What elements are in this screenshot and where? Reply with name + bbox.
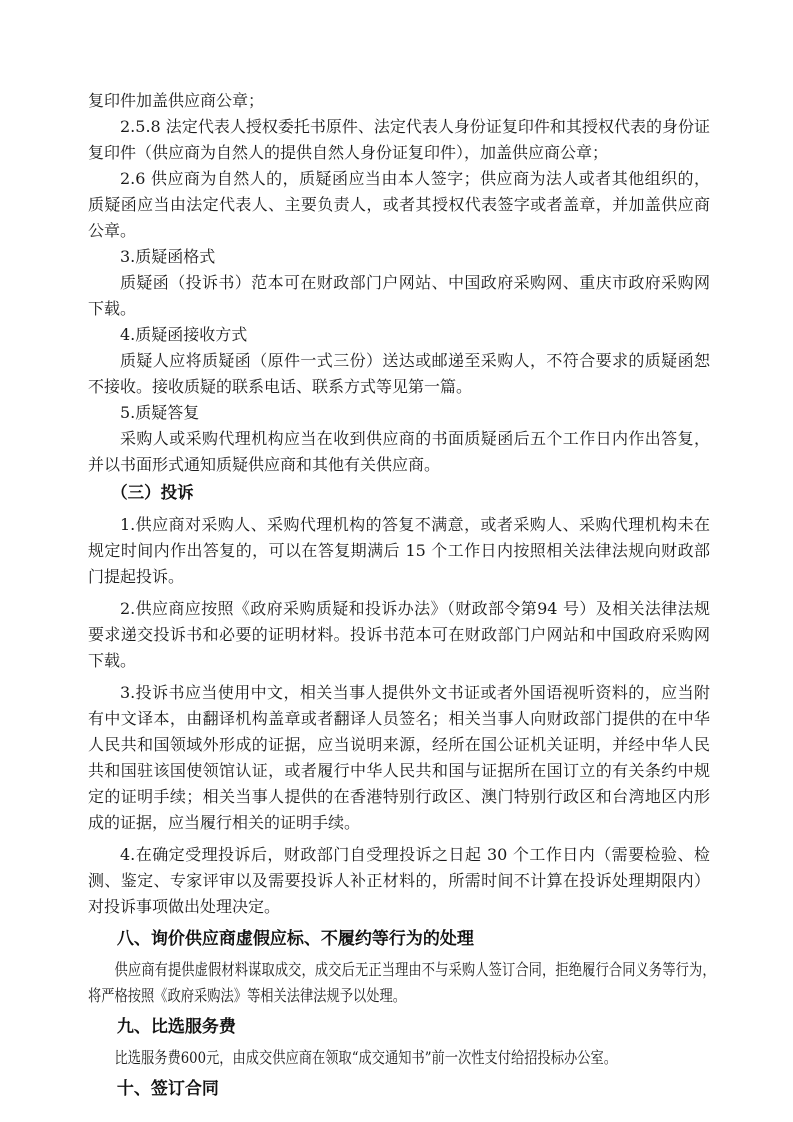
section-heading: 十、签订合同 [88, 1076, 710, 1102]
paragraph: 供应商有提供虚假材料谋取成交，成交后无正当理由不与采购人签订合同，拒绝履行合同义… [88, 957, 716, 1009]
paragraph: 1.供应商对采购人、采购代理机构的答复不满意，或者采购人、采购代理机构未在规定时… [88, 512, 710, 590]
paragraph: 5.质疑答复 [88, 400, 710, 426]
section-heading: 八、询价供应商虚假应标、不履约等行为的处理 [88, 926, 710, 952]
paragraph: 4.质疑函接收方式 [88, 322, 710, 348]
paragraph: 采购人或采购代理机构应当在收到供应商的书面质疑函后五个工作日内作出答复，并以书面… [88, 426, 710, 478]
paragraph: 质疑函（投诉书）范本可在财政部门户网站、中国政府采购网、重庆市政府采购网下载。 [88, 270, 710, 322]
paragraph: 2.供应商应按照《政府采购质疑和投诉办法》（财政部令第94 号）及相关法律法规要… [88, 596, 710, 674]
document-content: 复印件加盖供应商公章；2.5.8 法定代表人授权委托书原件、法定代表人身份证复印… [88, 88, 710, 1102]
paragraph: 比选服务费600元，由成交供应商在领取“成交通知书”前一次性支付给招投标办公室。 [88, 1045, 716, 1071]
paragraph: 2.5.8 法定代表人授权委托书原件、法定代表人身份证复印件和其授权代表的身份证… [88, 114, 710, 166]
section-heading: （三）投诉 [88, 480, 710, 506]
section-heading: 九、比选服务费 [88, 1014, 710, 1040]
paragraph: 3.投诉书应当使用中文，相关当事人提供外文书证或者外国语视听资料的，应当附有中文… [88, 680, 710, 836]
paragraph: 3.质疑函格式 [88, 244, 710, 270]
paragraph: 4.在确定受理投诉后，财政部门自受理投诉之日起 30 个工作日内（需要检验、检测… [88, 842, 710, 920]
paragraph: 质疑人应将质疑函（原件一式三份）送达或邮递至采购人，不符合要求的质疑函恕不接收。… [88, 348, 710, 400]
paragraph: 2.6 供应商为自然人的，质疑函应当由本人签字；供应商为法人或者其他组织的，质疑… [88, 166, 710, 244]
document-page: 复印件加盖供应商公章；2.5.8 法定代表人授权委托书原件、法定代表人身份证复印… [0, 0, 793, 1122]
paragraph: 复印件加盖供应商公章； [88, 88, 710, 114]
